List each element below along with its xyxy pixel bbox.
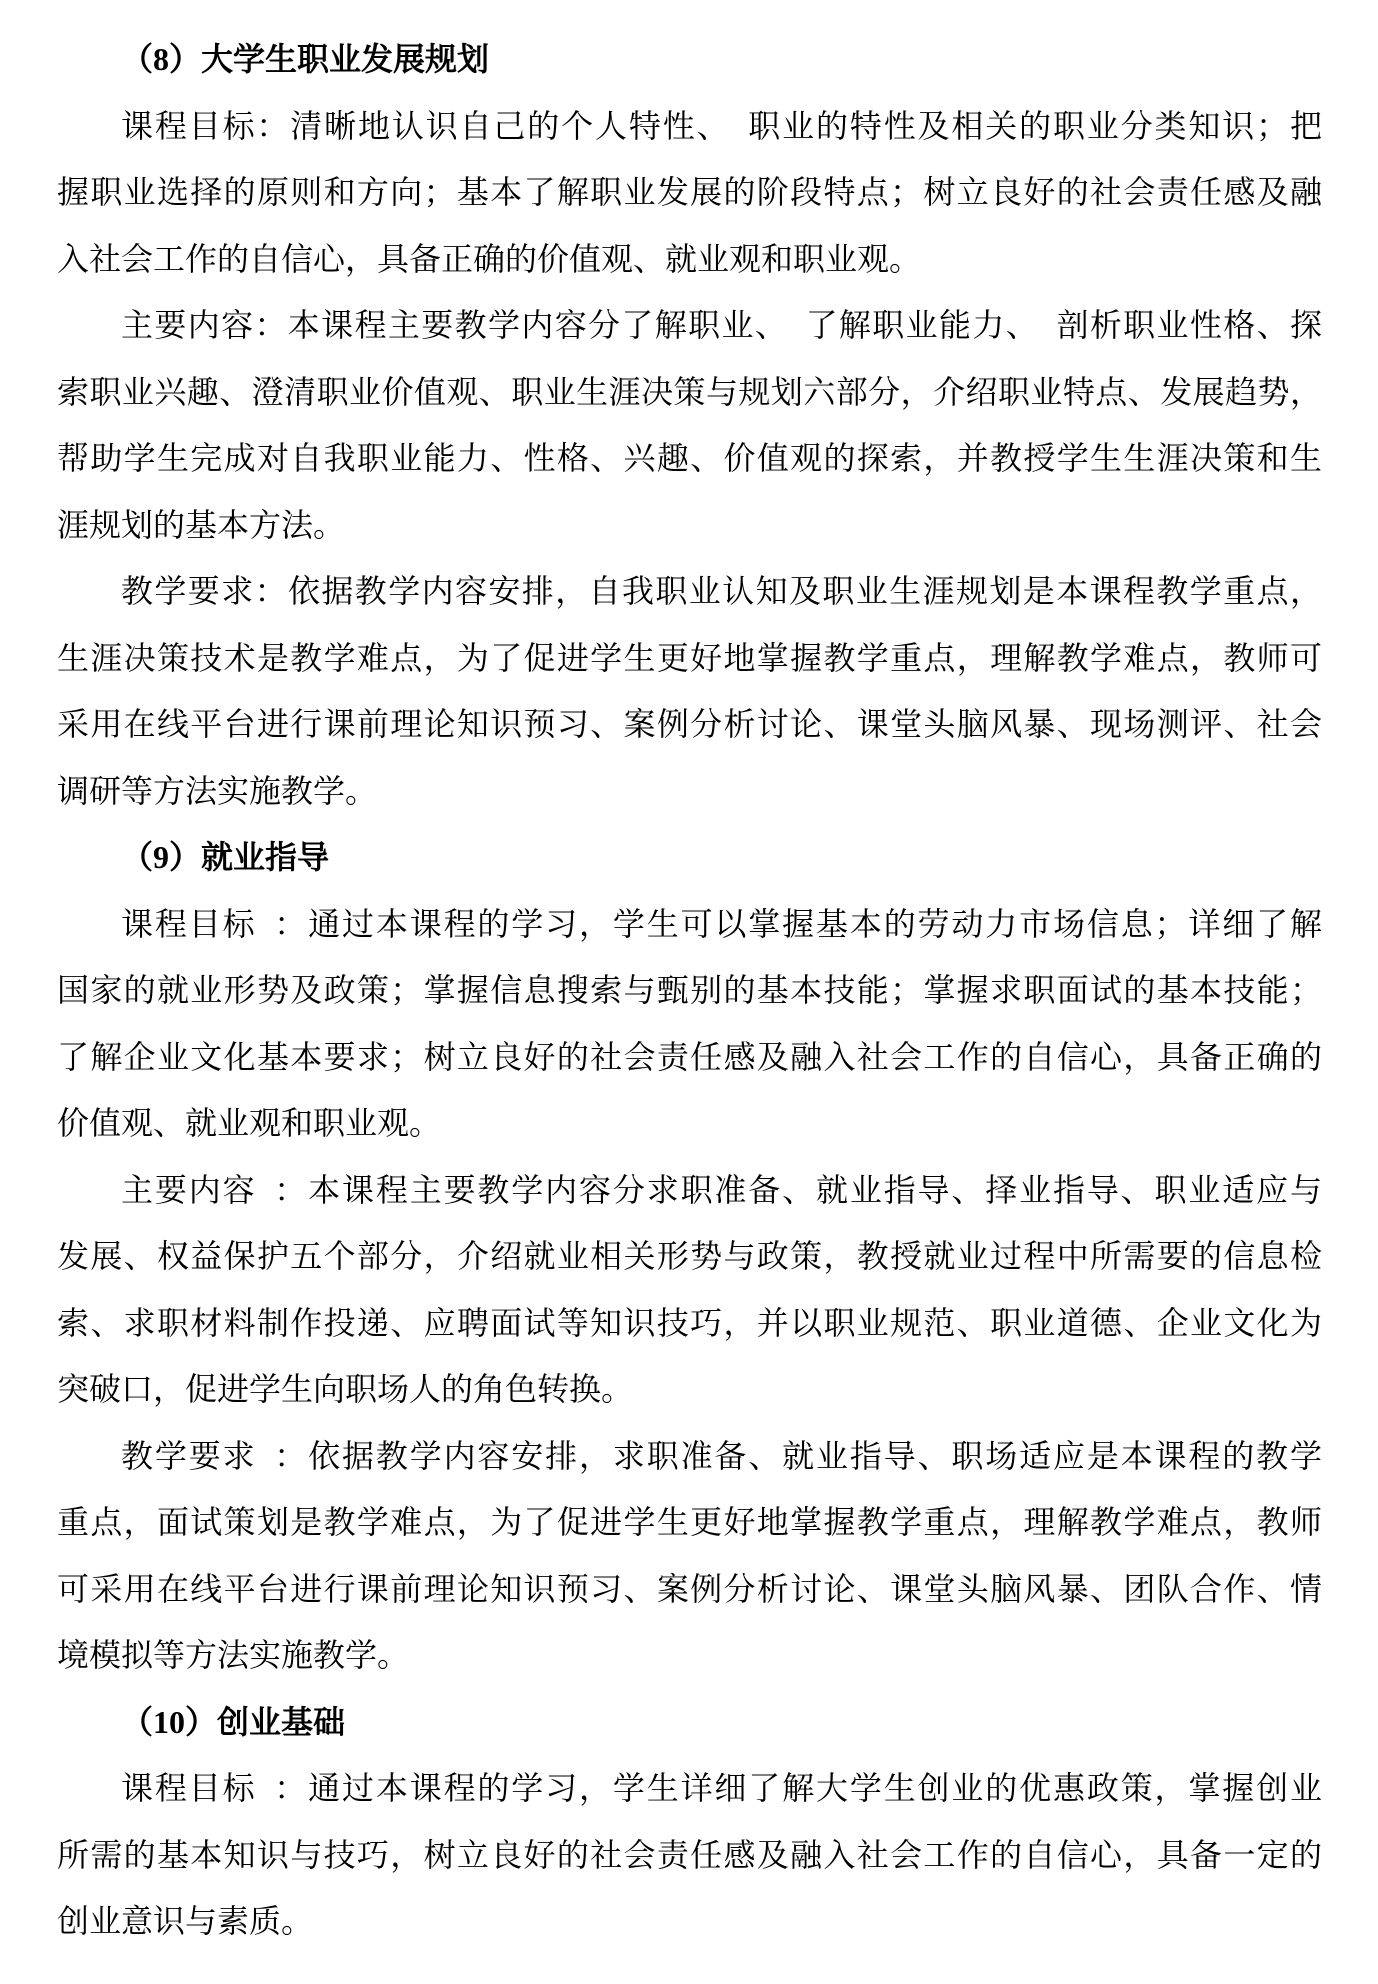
paragraph-line: 所需的基本知识与技巧，树立良好的社会责任感及融入社会工作的自信心，具备一定的 (57, 1822, 1322, 1889)
paragraph-line: 调研等方法实施教学。 (57, 758, 1322, 825)
section-heading: （10）创业基础 (57, 1689, 1322, 1756)
paragraph-line: 突破口，促进学生向职场人的角色转换。 (57, 1356, 1322, 1423)
paragraph-line: 教学要求：依据教学内容安排，自我职业认知及职业生涯规划是本课程教学重点， (57, 558, 1322, 625)
paragraph-line: 索、求职材料制作投递、应聘面试等知识技巧，并以职业规范、职业道德、企业文化为 (57, 1290, 1322, 1357)
paragraph-line: 握职业选择的原则和方向；基本了解职业发展的阶段特点；树立良好的社会责任感及融 (57, 159, 1322, 226)
paragraph-line: 涯规划的基本方法。 (57, 492, 1322, 559)
paragraph-line: 帮助学生完成对自我职业能力、性格、兴趣、价值观的探索，并教授学生生涯决策和生 (57, 425, 1322, 492)
paragraph-line: 境模拟等方法实施教学。 (57, 1622, 1322, 1689)
paragraph-line: 国家的就业形势及政策；掌握信息搜索与甄别的基本技能；掌握求职面试的基本技能； (57, 957, 1322, 1024)
paragraph-line: 主要内容：本课程主要教学内容分了解职业、 了解职业能力、 剖析职业性格、探 (57, 292, 1322, 359)
paragraph-line: 了解企业文化基本要求；树立良好的社会责任感及融入社会工作的自信心，具备正确的 (57, 1024, 1322, 1091)
paragraph-line: 可采用在线平台进行课前理论知识预习、案例分析讨论、课堂头脑风暴、团队合作、情 (57, 1556, 1322, 1623)
paragraph-line: 发展、权益保护五个部分，介绍就业相关形势与政策，教授就业过程中所需要的信息检 (57, 1223, 1322, 1290)
paragraph-line: 教学要求 ：依据教学内容安排，求职准备、就业指导、职场适应是本课程的教学 (57, 1423, 1322, 1490)
document-page: （8）大学生职业发展规划课程目标：清晰地认识自己的个人特性、 职业的特性及相关的… (0, 0, 1378, 1984)
paragraph-line: 课程目标：清晰地认识自己的个人特性、 职业的特性及相关的职业分类知识；把 (57, 93, 1322, 160)
paragraph-line: 入社会工作的自信心，具备正确的价值观、就业观和职业观。 (57, 226, 1322, 293)
paragraph-line: 价值观、就业观和职业观。 (57, 1090, 1322, 1157)
paragraph-line: 主要内容 ：本课程主要教学内容分求职准备、就业指导、择业指导、职业适应与 (57, 1157, 1322, 1224)
paragraph-line: 索职业兴趣、澄清职业价值观、职业生涯决策与规划六部分，介绍职业特点、发展趋势， (57, 359, 1322, 426)
paragraph-line: 生涯决策技术是教学难点，为了促进学生更好地掌握教学重点，理解教学难点，教师可 (57, 625, 1322, 692)
paragraph-line: 课程目标 ：通过本课程的学习，学生可以掌握基本的劳动力市场信息；详细了解 (57, 891, 1322, 958)
document-content: （8）大学生职业发展规划课程目标：清晰地认识自己的个人特性、 职业的特性及相关的… (57, 26, 1322, 1955)
paragraph-line: 创业意识与素质。 (57, 1888, 1322, 1955)
section-heading: （9）就业指导 (57, 824, 1322, 891)
paragraph-line: 采用在线平台进行课前理论知识预习、案例分析讨论、课堂头脑风暴、现场测评、社会 (57, 691, 1322, 758)
paragraph-line: 重点，面试策划是教学难点，为了促进学生更好地掌握教学重点，理解教学难点，教师 (57, 1489, 1322, 1556)
paragraph-line: 课程目标 ：通过本课程的学习，学生详细了解大学生创业的优惠政策，掌握创业 (57, 1755, 1322, 1822)
section-heading: （8）大学生职业发展规划 (57, 26, 1322, 93)
